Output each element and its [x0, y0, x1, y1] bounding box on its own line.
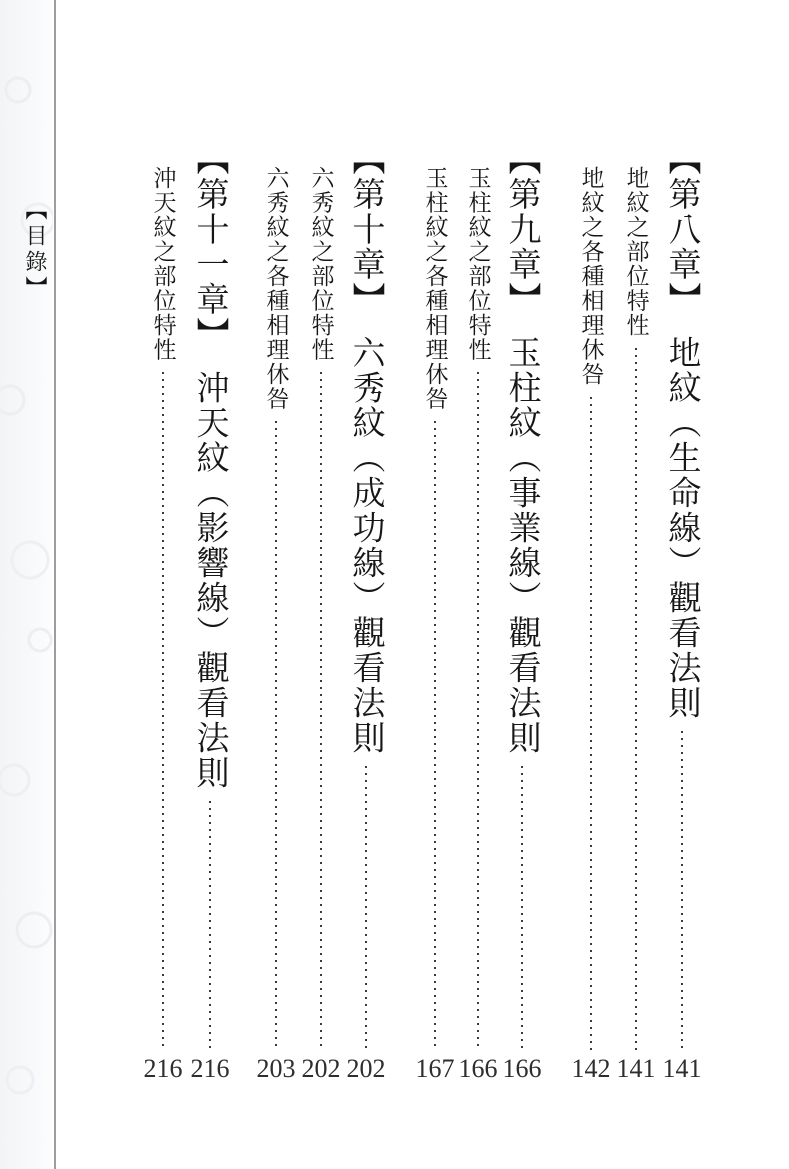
toc-entry-title: 【第十章】 六秀紋（成功線）觀看法則 [343, 142, 390, 756]
toc-entries: 【第八章】 地紋（生命線）觀看法則 141 地紋之部位特性 141 地紋之各種相… [0, 0, 789, 1169]
dotted-leader [162, 372, 164, 1050]
dotted-leader [365, 766, 367, 1051]
toc-entry-title: 【第九章】 玉柱紋（事業線）觀看法則 [499, 142, 546, 756]
toc-entry: 【第八章】 地紋（生命線）觀看法則 141 [660, 142, 704, 1084]
toc-entry-title: 玉柱紋之部位特性 [462, 166, 495, 362]
page-number: 166 [503, 1056, 542, 1084]
toc-entry-title: 地紋之各種相理休咎 [575, 166, 608, 387]
toc-entry-title: 【第十一章】 沖天紋（影響線）觀看法則 [187, 142, 234, 791]
page-number: 141 [663, 1056, 702, 1084]
toc-entry: 【第九章】 玉柱紋（事業線）觀看法則 166 [500, 142, 544, 1084]
toc-entry: 【第十一章】 沖天紋（影響線）觀看法則 216 [188, 142, 232, 1084]
toc-entry: 【第十章】 六秀紋（成功線）觀看法則 202 [344, 142, 388, 1084]
toc-entry-title: 玉柱紋之各種相理休咎 [419, 166, 452, 411]
page-number: 166 [459, 1056, 498, 1084]
dotted-leader [681, 731, 683, 1051]
toc-entry: 玉柱紋之部位特性 166 [463, 166, 493, 1084]
dotted-leader [434, 421, 436, 1050]
toc-entry-title: 沖天紋之部位特性 [147, 166, 180, 362]
page-number: 167 [416, 1056, 455, 1084]
toc-entry: 地紋之部位特性 141 [621, 166, 651, 1084]
dotted-leader [275, 421, 277, 1050]
dotted-leader [521, 766, 523, 1051]
toc-entry: 六秀紋之各種相理休咎 203 [261, 166, 291, 1084]
toc-page: 【目錄】 【第八章】 地紋（生命線）觀看法則 141 地紋之部位特性 141 地… [0, 0, 789, 1169]
page-number: 216 [144, 1056, 183, 1084]
dotted-leader [320, 372, 322, 1050]
dotted-leader [590, 397, 592, 1051]
toc-entry: 玉柱紋之各種相理休咎 167 [420, 166, 450, 1084]
page-number: 216 [191, 1056, 230, 1084]
page-number: 141 [617, 1056, 656, 1084]
toc-entry-title: 六秀紋之各種相理休咎 [260, 166, 293, 411]
page-number: 203 [257, 1056, 296, 1084]
dotted-leader [635, 348, 637, 1051]
toc-entry: 沖天紋之部位特性 216 [148, 166, 178, 1084]
page-number: 202 [347, 1056, 386, 1084]
toc-entry-title: 【第八章】 地紋（生命線）觀看法則 [659, 142, 706, 721]
toc-entry: 地紋之各種相理休咎 142 [576, 166, 606, 1084]
dotted-leader [209, 801, 211, 1051]
toc-entry: 六秀紋之部位特性 202 [306, 166, 336, 1084]
dotted-leader [477, 372, 479, 1050]
toc-entry-title: 六秀紋之部位特性 [305, 166, 338, 362]
page-number: 202 [302, 1056, 341, 1084]
toc-entry-title: 地紋之部位特性 [620, 166, 653, 338]
page-number: 142 [572, 1056, 611, 1084]
